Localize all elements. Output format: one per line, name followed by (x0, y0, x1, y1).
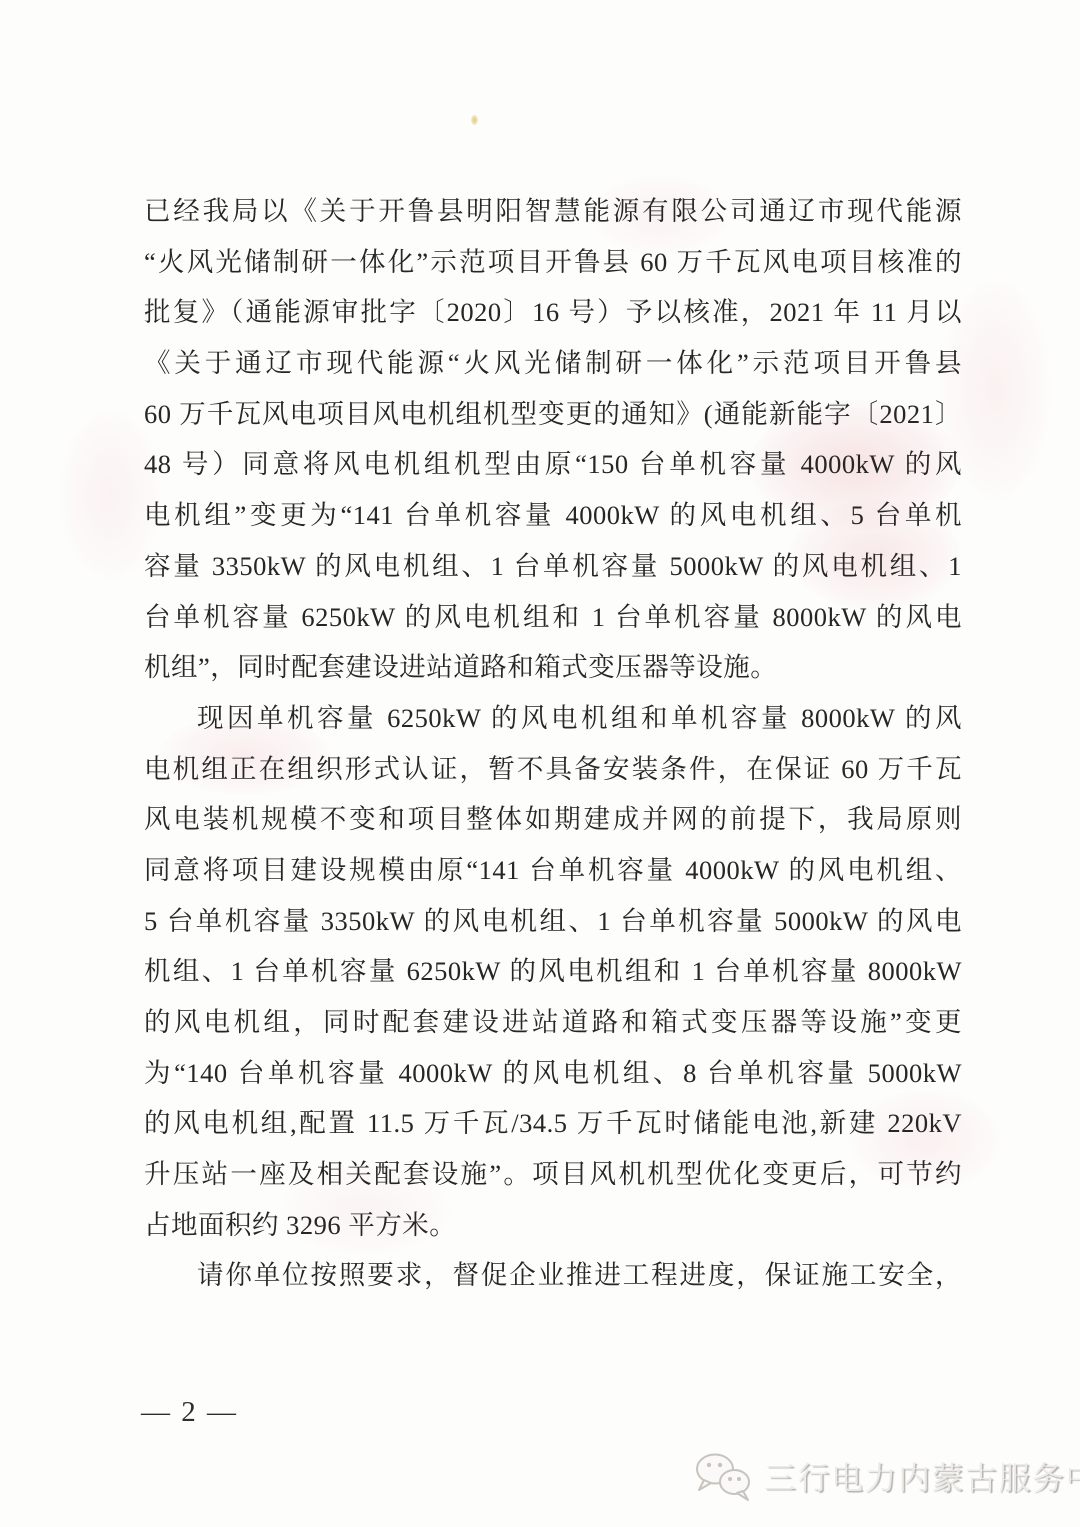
wechat-icon (692, 1450, 756, 1506)
scanned-document-page: 已经我局以《关于开鲁县明阳智慧能源有限公司通辽市现代能源“火风光储制研一体化”示… (0, 0, 1080, 1527)
watermark: 三行电力内蒙古服务中心 (692, 1450, 1080, 1506)
text-line: 同意将项目建设规模由原“141 台单机容量 4000kW 的风电机组、 (144, 845, 962, 896)
text-line: 为“140 台单机容量 4000kW 的风电机组、8 台单机容量 5000kW (144, 1048, 962, 1099)
text-line: 现因单机容量 6250kW 的风电机组和单机容量 8000kW 的风 (144, 693, 962, 744)
text-line: 48 号）同意将风电机组机型由原“150 台单机容量 4000kW 的风 (144, 439, 962, 490)
text-line: “火风光储制研一体化”示范项目开鲁县 60 万千瓦风电项目核准的 (144, 237, 962, 288)
text-line: 机组、1 台单机容量 6250kW 的风电机组和 1 台单机容量 8000kW (144, 946, 962, 997)
watermark-label: 三行电力内蒙古服务中心 (764, 1456, 1080, 1500)
document-body: 已经我局以《关于开鲁县明阳智慧能源有限公司通辽市现代能源“火风光储制研一体化”示… (144, 186, 962, 1301)
text-line: 风电装机规模不变和项目整体如期建成并网的前提下，我局原则 (144, 794, 962, 845)
text-line: 的风电机组，同时配套建设进站道路和箱式变压器等设施”变更 (144, 997, 962, 1048)
text-line: 占地面积约 3296 平方米。 (144, 1200, 962, 1251)
text-line: 60 万千瓦风电项目风电机组机型变更的通知》(通能新能字〔2021〕 (144, 389, 962, 440)
text-line: 批复》（通能源审批字〔2020〕16 号）予以核准，2021 年 11 月以 (144, 287, 962, 338)
text-line: 容量 3350kW 的风电机组、1 台单机容量 5000kW 的风电机组、1 (144, 541, 962, 592)
text-line: 升压站一座及相关配套设施”。项目风机机型优化变更后，可节约 (144, 1149, 962, 1200)
text-line: 电机组正在组织形式认证，暂不具备安装条件，在保证 60 万千瓦 (144, 744, 962, 795)
page-number: — 2 — (141, 1395, 238, 1429)
text-line: 电机组”变更为“141 台单机容量 4000kW 的风电机组、5 台单机 (144, 490, 962, 541)
scan-artifact-dot (471, 115, 478, 125)
text-line: 机组”，同时配套建设进站道路和箱式变压器等设施。 (144, 642, 962, 693)
text-line: 5 台单机容量 3350kW 的风电机组、1 台单机容量 5000kW 的风电 (144, 896, 962, 947)
text-line: 已经我局以《关于开鲁县明阳智慧能源有限公司通辽市现代能源 (144, 186, 962, 237)
text-line: 台单机容量 6250kW 的风电机组和 1 台单机容量 8000kW 的风电 (144, 592, 962, 643)
text-line: 《关于通辽市现代能源“火风光储制研一体化”示范项目开鲁县 (144, 338, 962, 389)
text-line: 请你单位按照要求，督促企业推进工程进度，保证施工安全， (144, 1250, 962, 1301)
text-line: 的风电机组,配置 11.5 万千瓦/34.5 万千瓦时储能电池,新建 220kV (144, 1098, 962, 1149)
